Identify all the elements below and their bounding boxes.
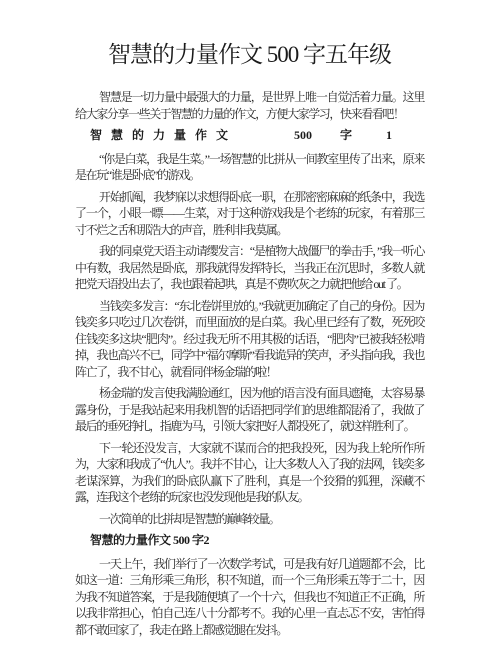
essay1-paragraph-7: 一次简单的比拼却是智慧的巅峰较量。 bbox=[75, 511, 424, 528]
intro-paragraph: 智慧是一切力量中最强大的力量，是世界上唯一自觉活着力量。这里给大家分享一些关于智… bbox=[75, 89, 424, 122]
essay1-paragraph-5: 杨金瑞的发言使我满脸通红，因为他的语言没有面具遮掩，太容易暴露身份，于是我站起来… bbox=[75, 385, 424, 435]
section1-heading-text: 智 慧 的 力 量 作 文 bbox=[90, 127, 230, 144]
document-page: 智慧的力量作文 500 字五年级 智慧是一切力量中最强大的力量，是世界上唯一自觉… bbox=[0, 0, 500, 647]
section1-heading-unit: 字 bbox=[340, 127, 352, 144]
essay1-paragraph-2: 开始抓阄，我梦寐以求想得卧底一职，在那密密麻麻的纸条中，我选了一个，小眼一瞟——… bbox=[75, 189, 424, 239]
essay2-paragraph-1: 一天上午，我们举行了一次数学考试，可是我有好几道题都不会，比如这一道：三角形乘三… bbox=[75, 556, 424, 639]
page-title: 智慧的力量作文 500 字五年级 bbox=[75, 36, 424, 69]
essay1-paragraph-4: 当钱奕多发言：“东北卷饼里放的。”我就更加确定了自己的身份。因为钱奕多只吃过几次… bbox=[75, 298, 424, 381]
section1-heading-index: 1 bbox=[386, 127, 392, 144]
section1-heading: 智 慧 的 力 量 作 文 500 字 1 bbox=[75, 127, 424, 144]
section2-heading: 智慧的力量作文 500 字2 bbox=[90, 532, 424, 549]
essay1-paragraph-6: 下一轮还没发言，大家就不谋而合的把我投死，因为我上轮所作所为，大家和我成了“仇人… bbox=[75, 440, 424, 506]
essay1-paragraph-3: 我的同桌党天语主动请缨发言：“是植物大战僵尸的拳击手，”我一听心中有数，我居然是… bbox=[75, 243, 424, 293]
section1-heading-number: 500 bbox=[294, 127, 312, 144]
essay1-paragraph-1: “你是白菜，我是生菜。”一场智慧的比拼从一间教室里传了出来，原来是在玩“谁是卧底… bbox=[75, 151, 424, 184]
